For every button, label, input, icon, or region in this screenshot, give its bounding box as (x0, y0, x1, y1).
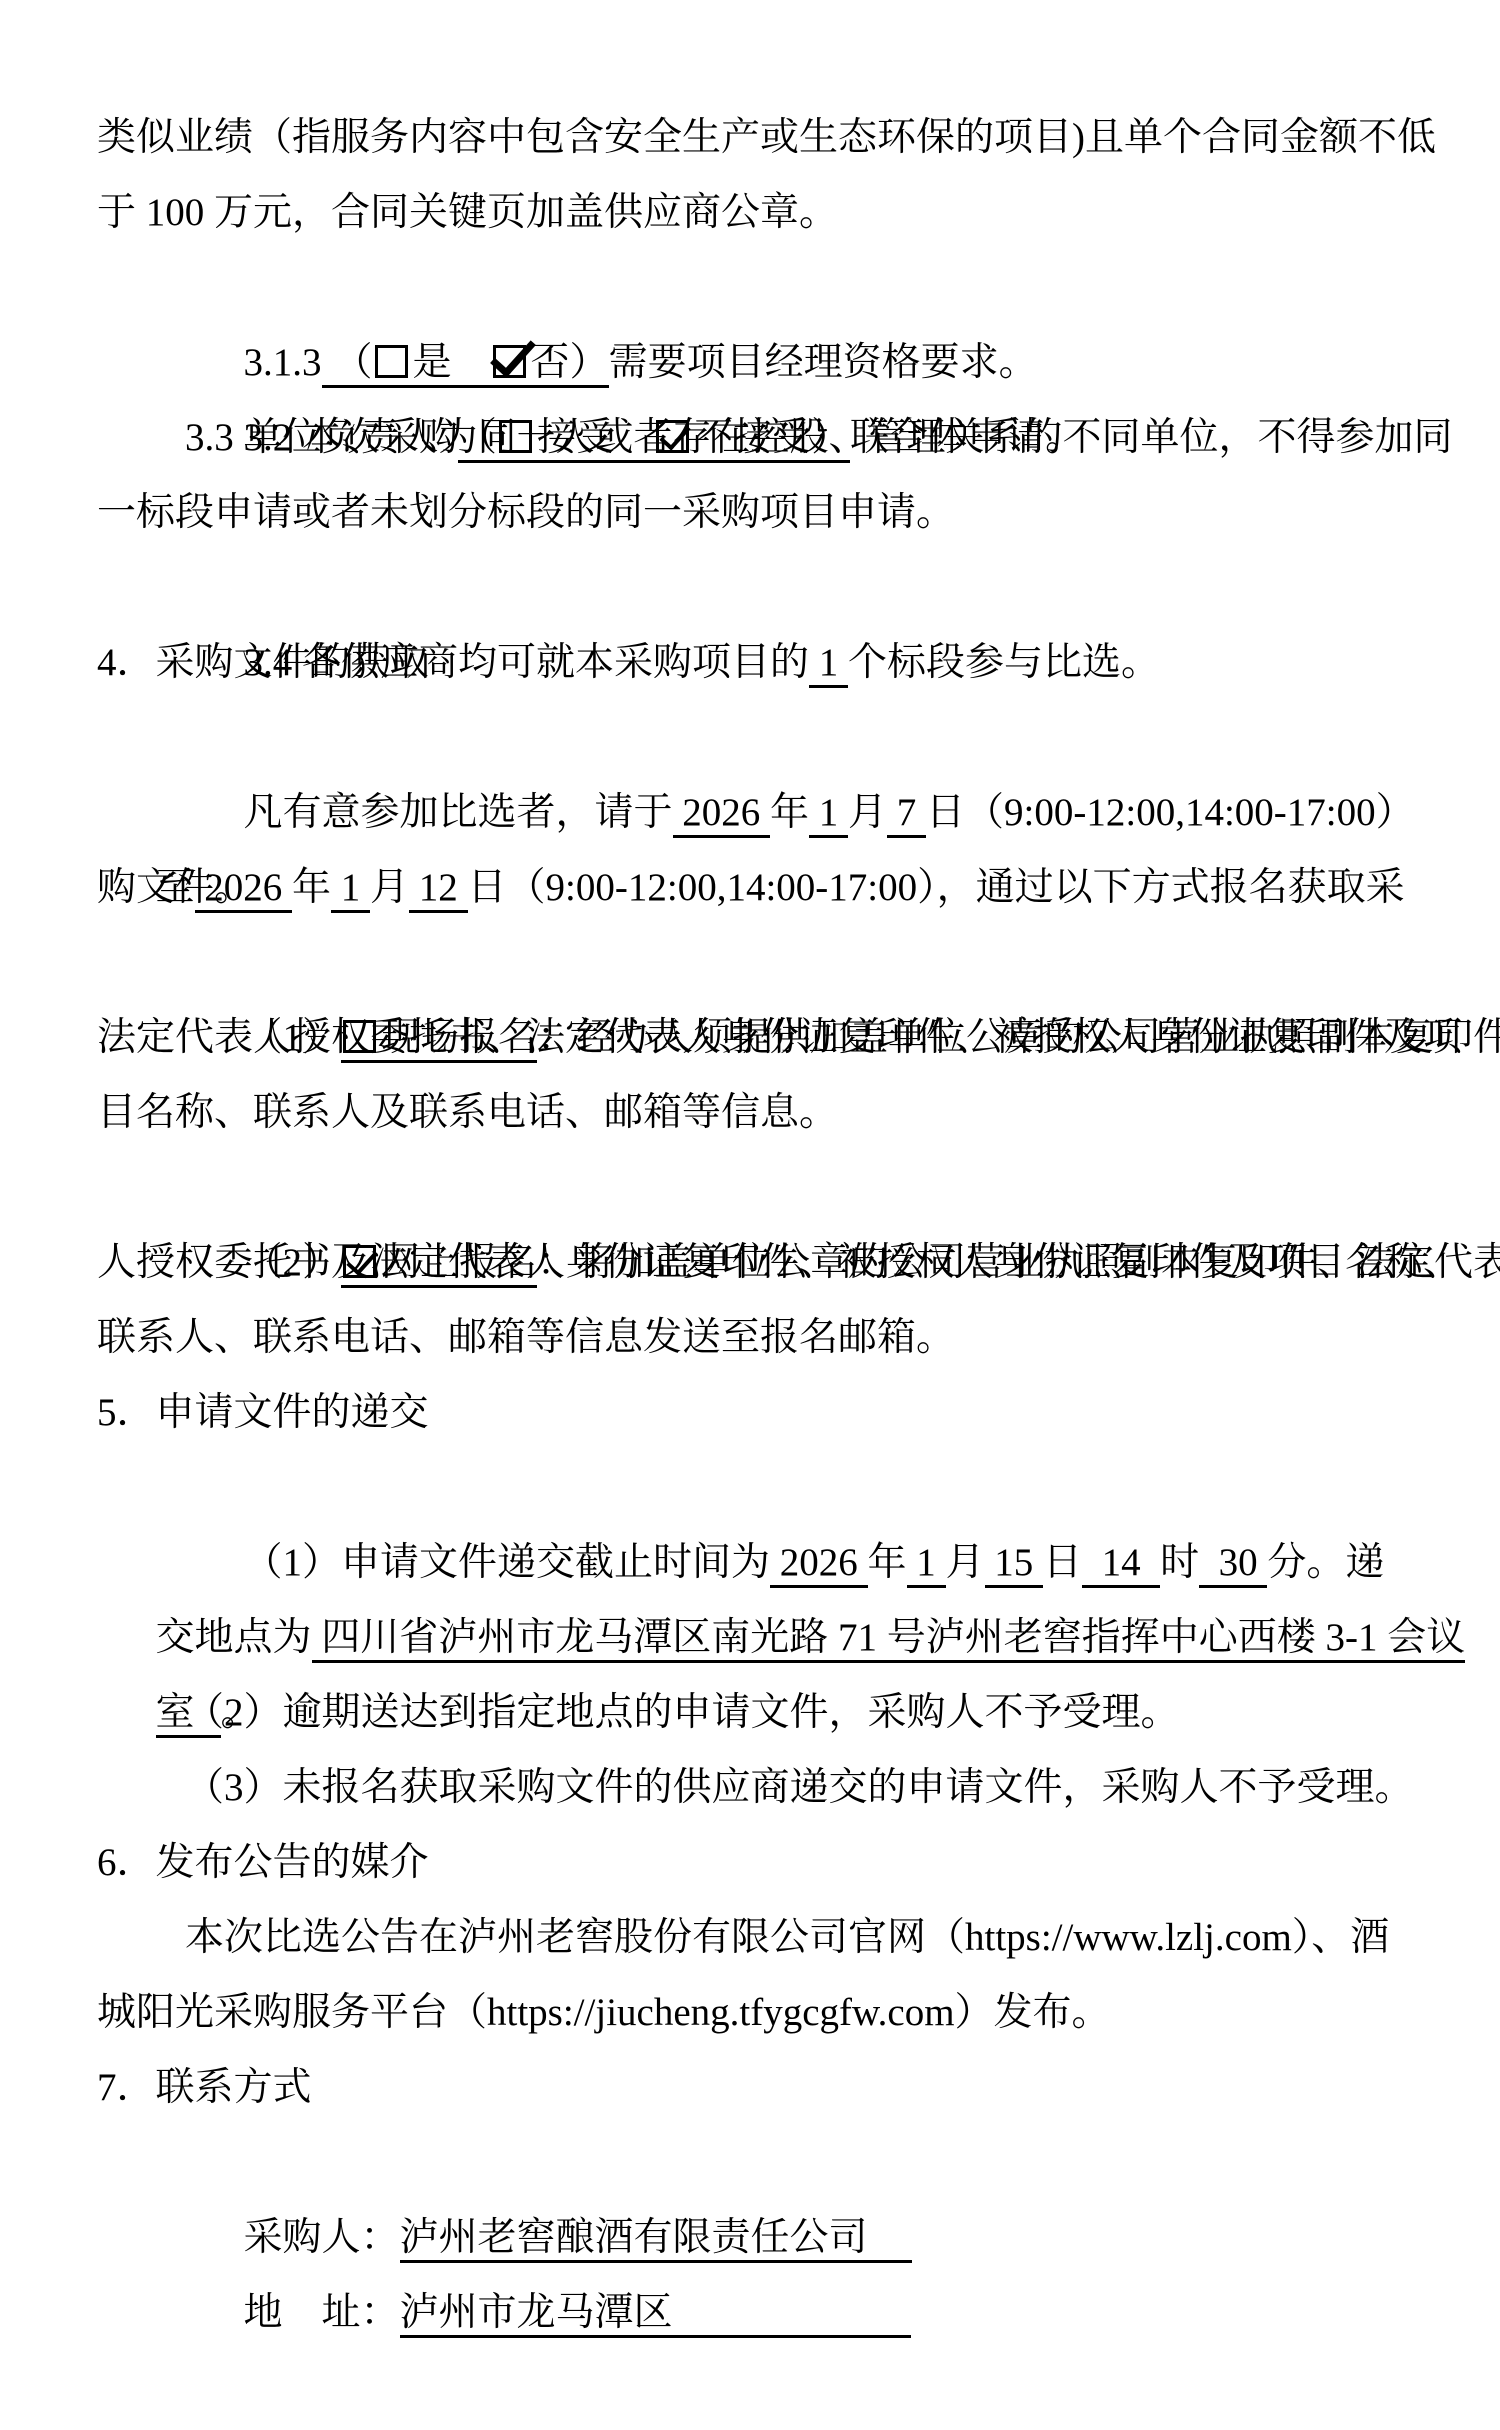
yes-label: 是 (413, 341, 452, 384)
clause-3-4: 3.4 各供应商均可就本采购项目的 1 个标段参与比选。 (97, 550, 1430, 625)
obtain-docs-line-1: 凡有意参加比选者，请于 2026 年 1 月 7 日（9:00-12:00,14… (97, 700, 1430, 775)
minute-blank: 30 (1199, 1541, 1267, 1588)
month-blank: 1 (809, 791, 848, 838)
document-page: 类似业绩（指服务内容中包含安全生产或生态环保的项目)且单个合同金额不低 于 10… (0, 0, 1500, 2430)
address-value-blank: 泸州市龙马潭区 (400, 2291, 911, 2338)
onsite-registration-line-2: 法定代表人授权委托书、法定代表人身份证复印件、被授权人身份证复印件及项 (97, 1000, 1430, 1075)
section-6-heading: 6．发布公告的媒介 (97, 1825, 1430, 1900)
clause-text: 个标段参与比选。 (848, 641, 1160, 684)
checkbox-unchecked-icon (375, 345, 408, 378)
text: （1）申请文件递交截止时间为 (244, 1541, 771, 1584)
onsite-registration-line-1: （1）现场报名：经办人须提供加盖单位公章的公司营业执照副本复印件、 (97, 925, 1430, 1000)
text: 月 (946, 1541, 985, 1584)
late-submission-clause: （2）逾期送达到指定地点的申请文件，采购人不予受理。 (97, 1675, 1430, 1750)
clause-3-1-3: 3.1.3（是 否）需要项目经理资格要求。 (97, 250, 1430, 325)
year-blank: 2026 (770, 1541, 868, 1588)
document-body: 类似业绩（指服务内容中包含安全生产或生态环保的项目)且单个合同金额不低 于 10… (0, 0, 1500, 2275)
text: 日（9:00-12:00,14:00-17:00） (926, 791, 1415, 834)
no-label: 否） (531, 341, 609, 384)
clause-3-3-line-1: 3.3 单位负责人为同一人或者存在控股、管理关系的不同单位，不得参加同 (97, 400, 1430, 475)
onsite-registration-line-3: 目名称、联系人及联系电话、邮箱等信息。 (97, 1075, 1430, 1150)
online-registration-line-2: 人授权委托书及法定代表人身份证复印件、被授权人身份证复印件及项目名称、 (97, 1225, 1430, 1300)
text: 月 (370, 866, 409, 909)
checkbox-unchecked-icon (343, 1020, 376, 1053)
check-mark-icon (659, 418, 690, 450)
text: 时 (1160, 1541, 1199, 1584)
section-7-heading: 7．联系方式 (97, 2050, 1430, 2125)
purchaser-line: 采购人：泸州老窖酿酒有限责任公司 (97, 2125, 1430, 2200)
address-label: 地 址： (244, 2291, 400, 2334)
check-mark-icon (490, 330, 536, 377)
submission-deadline-line: （1）申请文件递交截止时间为 2026 年 1 月 15 日 14 时 30 分… (97, 1450, 1430, 1525)
text: 日 (1043, 1541, 1082, 1584)
address-blank: 四川省泸州市龙马潭区南光路 71 号泸州老窖指挥中心西楼 3-1 会议 (312, 1616, 1466, 1663)
online-registration-line-3: 联系人、联系电话、邮箱等信息发送至报名邮箱。 (97, 1300, 1430, 1375)
text: 月 (848, 791, 887, 834)
lot-count-blank: 1 (809, 641, 848, 688)
announcement-media-line-1: 本次比选公告在泸州老窖股份有限公司官网（https://www.lzlj.com… (97, 1900, 1430, 1975)
month-blank: 1 (331, 866, 370, 913)
announcement-media-line-2: 城阳光采购服务平台（https://jiucheng.tfygcgfw.com）… (97, 1975, 1430, 2050)
checkbox-unchecked-icon (499, 420, 532, 453)
text: 年 (868, 1541, 907, 1584)
checkbox-checked-icon (343, 1245, 376, 1278)
day-blank: 7 (887, 791, 926, 838)
carryover-line-2: 于 100 万元，合同关键页加盖供应商公章。 (97, 175, 1430, 250)
gap (452, 341, 491, 384)
text: 年 (770, 791, 809, 834)
text: 年 (292, 866, 331, 909)
checkbox-checked-icon (656, 420, 689, 453)
clause-number: 3.1.3 (244, 341, 322, 384)
clause-3-3-line-2: 一标段申请或者未划分标段的同一采购项目申请。 (97, 475, 1430, 550)
text: 日（9:00-12:00,14:00-17:00），通过以下方式报名获取采 (468, 866, 1405, 909)
check-mark-icon (346, 1243, 377, 1275)
purchaser-name-blank: 泸州老窖酿酒有限责任公司 (400, 2216, 912, 2263)
text: 凡有意参加比选者，请于 (244, 791, 673, 834)
text: 分。递 (1267, 1541, 1384, 1584)
pm-qualification-blank: （是 否） (322, 341, 609, 388)
text: 交地点为 (156, 1616, 312, 1659)
clause-text: 需要项目经理资格要求。 (609, 341, 1038, 384)
online-registration-line-1: （2）网上报名：将加盖单位公章的公司营业执照副本复印件、法定代表 (97, 1150, 1430, 1225)
day-blank: 15 (985, 1541, 1044, 1588)
open-paren: （ (334, 341, 373, 384)
year-blank: 2026 (673, 791, 771, 838)
carryover-line-1: 类似业绩（指服务内容中包含安全生产或生态环保的项目)且单个合同金额不低 (97, 100, 1430, 175)
section-5-heading: 5．申请文件的递交 (97, 1375, 1430, 1450)
checkbox-checked-icon (493, 345, 526, 378)
month-blank: 1 (907, 1541, 946, 1588)
day-blank: 12 (409, 866, 468, 913)
unregistered-submission-clause: （3）未报名获取采购文件的供应商递交的申请文件，采购人不予受理。 (97, 1750, 1430, 1825)
purchaser-label: 采购人： (244, 2216, 400, 2259)
hour-blank: 14 (1082, 1541, 1160, 1588)
